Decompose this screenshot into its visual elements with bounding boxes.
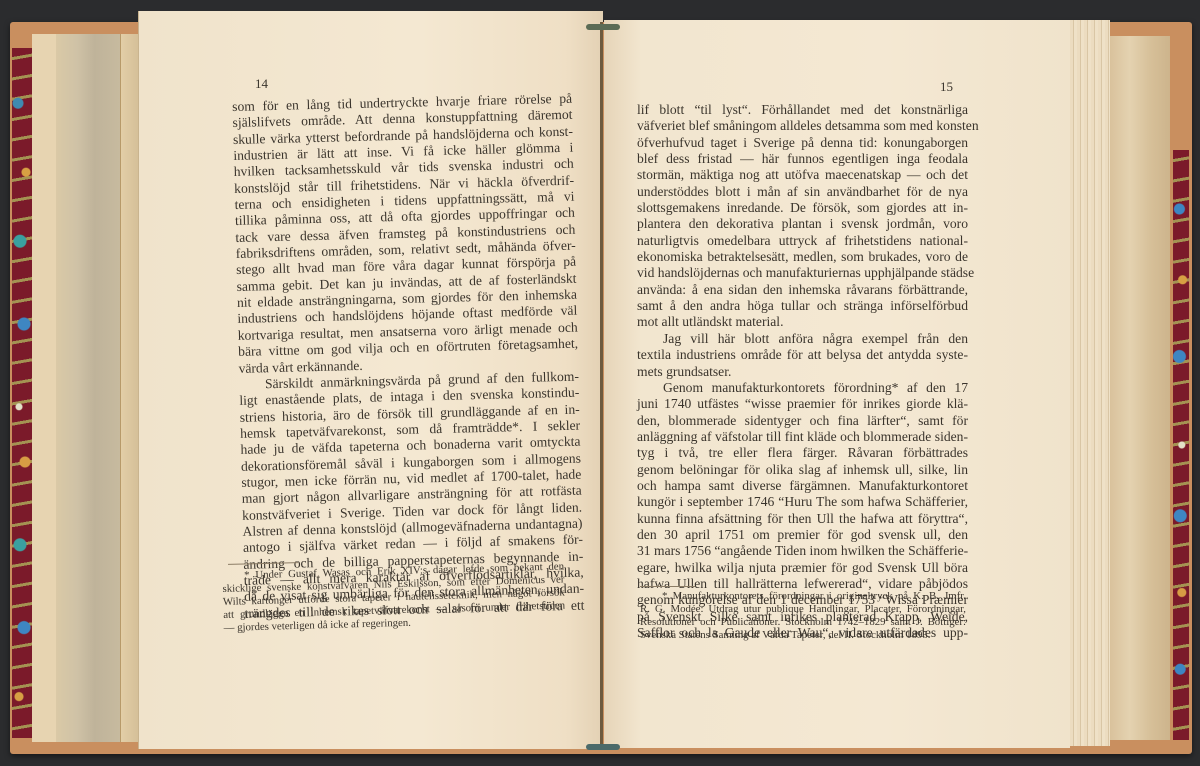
text-line: genom belöningar för olika slag af inhem… (637, 462, 968, 478)
text-line: ekonomiska betraktelsesätt, medlen, som … (637, 249, 968, 265)
text-line: anläggning af väfstolar till fint kläde … (637, 429, 968, 445)
text-line: mot allt utländskt material. (637, 314, 968, 330)
text-line: tyg i två, tre eller flera färger. Råvar… (637, 445, 968, 461)
text-line: den 30 april 1751 om premier för god sve… (637, 527, 968, 543)
text-line: kungör i september 1746 “Huru The som ha… (637, 494, 968, 510)
right-page-footnote: * Manufakturkontorets förordningar i ori… (640, 590, 966, 642)
text-line: naturligtvis omedelbara uttryck af frihe… (637, 233, 968, 249)
text-line: juni 1740 utfästes “wisse praemier för i… (637, 396, 968, 412)
marbled-endpaper-right (1173, 150, 1189, 740)
text-line: vid handslöjdernas och manufakturiernas … (637, 265, 968, 281)
text-line: den, blommerade sidentyger och fina lärf… (637, 413, 968, 429)
footnote-line: * Manufakturkontorets förordningar i ori… (640, 590, 966, 603)
footnote-line: Svenska Statens Samling af Väfda Tapeter… (640, 629, 966, 642)
footnote-line: Resolutioner och Publicationer. Stockhol… (640, 616, 966, 629)
text-line: slottsgemakens inredande. De försök, som… (637, 200, 968, 216)
text-line: plantera den dekorativa plantan i svensk… (637, 216, 968, 232)
footnote-line: R. G. Modée: Utdrag utur publique Handli… (640, 603, 966, 616)
text-line: använda: å ena sidan den inhemska råvara… (637, 282, 968, 298)
marbled-endpaper-left (12, 48, 32, 738)
text-line: kunna finna afsättning för then Ull the … (637, 511, 968, 527)
headband-bottom (586, 744, 620, 750)
text-line: väfveriet blef småningom alldeles detsam… (637, 118, 968, 134)
text-line: 31 mars 1756 “angående Tiden inom hwilke… (637, 543, 968, 559)
text-line: och hampa samt diverse färgämnen. Manufa… (637, 478, 968, 494)
left-page-footnote: * Under Gustaf Wasas och Erik XIV:s daga… (222, 560, 566, 635)
left-page-body: som för en lång tid undertryckte hvarje … (232, 91, 585, 622)
text-line: Genom manufakturkontorets förordning* af… (637, 380, 968, 396)
text-line: understöddes blott i mån af sin användba… (637, 184, 968, 200)
text-line: samt å den andra höga tullar och stränga… (637, 298, 968, 314)
text-line: mets grundsatser. (637, 364, 968, 380)
text-line: Jag vill här blott anföra några exempel … (637, 331, 968, 347)
tissue-interleaf-right (1108, 36, 1170, 740)
tissue-interleaf-left (56, 34, 126, 742)
text-line: lif blott “til lyst“. Förhållandet med d… (637, 102, 968, 118)
right-page-body: lif blott “til lyst“. Förhållandet med d… (637, 102, 968, 641)
text-line: textila industriens område för att belys… (637, 347, 968, 363)
text-line: blef dess fristad — här funnos egentlige… (637, 151, 968, 167)
text-line: öfverhufvud taget i Sverige på denna tid… (637, 135, 968, 151)
text-line: stormän, mäktiga nog att utöfva maecenat… (637, 167, 968, 183)
book-gutter (600, 22, 603, 746)
page-number-left: 14 (255, 76, 268, 92)
flyleaf-left (32, 34, 56, 742)
page-stack-right (1070, 20, 1110, 746)
headband-top (586, 24, 620, 30)
text-line: egare, hwilka wilja njuta præmier för go… (637, 560, 968, 576)
page-number-right: 15 (940, 79, 953, 95)
footnote-rule-right (640, 586, 695, 587)
